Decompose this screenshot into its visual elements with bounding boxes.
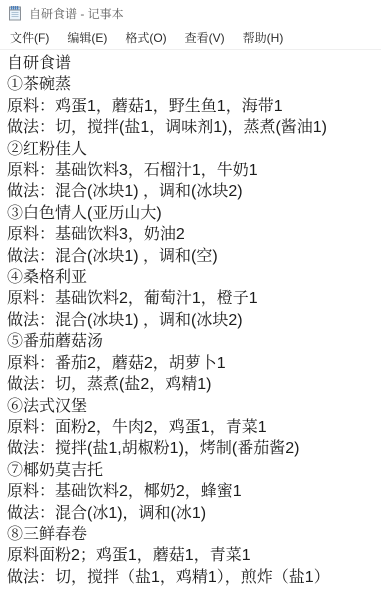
window-title: 自研食谱 - 记事本 bbox=[29, 5, 124, 22]
text-line: 原料：番茄2，蘑菇2，胡萝卜1 bbox=[7, 353, 379, 374]
text-line: 做法：混合(冰1)，调和(冰1) bbox=[7, 503, 379, 524]
text-line: 做法：搅拌(盐1,胡椒粉1)，烤制(番茄酱2) bbox=[7, 438, 379, 459]
text-area[interactable]: 自研食谱 ①茶碗蒸 原料：鸡蛋1，蘑菇1，野生鱼1，海带1 做法：切，搅拌(盐1… bbox=[0, 50, 381, 588]
text-line: ②红粉佳人 bbox=[7, 139, 379, 160]
text-line: 自研食谱 bbox=[7, 53, 379, 74]
text-line: 原料：基础饮料3，奶油2 bbox=[7, 224, 379, 245]
text-line: 做法：混合(冰块1) ，调和(空) bbox=[7, 246, 379, 267]
text-line: 原料：基础饮料2，葡萄汁1，橙子1 bbox=[7, 288, 379, 309]
text-line: ④桑格利亚 bbox=[7, 267, 379, 288]
menu-edit[interactable]: 编辑(E) bbox=[58, 25, 116, 50]
text-line: 原料面粉2；鸡蛋1，蘑菇1，青菜1 bbox=[7, 545, 379, 566]
text-line: ①茶碗蒸 bbox=[7, 74, 379, 95]
text-line: ③白色情人(亚历山大) bbox=[7, 203, 379, 224]
text-line: 做法：切，搅拌(盐1，调味剂1)，蒸煮(酱油1) bbox=[7, 117, 379, 138]
text-line: ⑧三鲜春卷 bbox=[7, 524, 379, 545]
text-line: 做法：切，蒸煮(盐2，鸡精1) bbox=[7, 374, 379, 395]
menu-help[interactable]: 帮助(H) bbox=[234, 25, 293, 50]
menubar: 文件(F) 编辑(E) 格式(O) 查看(V) 帮助(H) bbox=[0, 26, 381, 50]
notepad-icon bbox=[7, 5, 23, 21]
text-line: ⑥法式汉堡 bbox=[7, 396, 379, 417]
menu-file[interactable]: 文件(F) bbox=[1, 25, 58, 50]
text-line: 原料：面粉2，牛肉2，鸡蛋1，青菜1 bbox=[7, 417, 379, 438]
text-line: 原料：鸡蛋1，蘑菇1，野生鱼1，海带1 bbox=[7, 96, 379, 117]
menu-view[interactable]: 查看(V) bbox=[176, 25, 234, 50]
text-line: 原料：基础饮料2，椰奶2，蜂蜜1 bbox=[7, 481, 379, 502]
text-line: ⑤番茄蘑菇汤 bbox=[7, 331, 379, 352]
menu-format[interactable]: 格式(O) bbox=[116, 25, 175, 50]
notepad-window: 自研食谱 - 记事本 文件(F) 编辑(E) 格式(O) 查看(V) 帮助(H)… bbox=[0, 0, 381, 592]
text-line: 做法：混合(冰块1) ，调和(冰块2) bbox=[7, 310, 379, 331]
text-line: ⑦椰奶莫吉托 bbox=[7, 460, 379, 481]
text-line: 做法：切，搅拌（盐1，鸡精1），煎炸（盐1） bbox=[7, 567, 379, 588]
text-line: 做法：混合(冰块1) ，调和(冰块2) bbox=[7, 181, 379, 202]
text-line: 原料：基础饮料3，石榴汁1，牛奶1 bbox=[7, 160, 379, 181]
titlebar[interactable]: 自研食谱 - 记事本 bbox=[0, 0, 381, 26]
